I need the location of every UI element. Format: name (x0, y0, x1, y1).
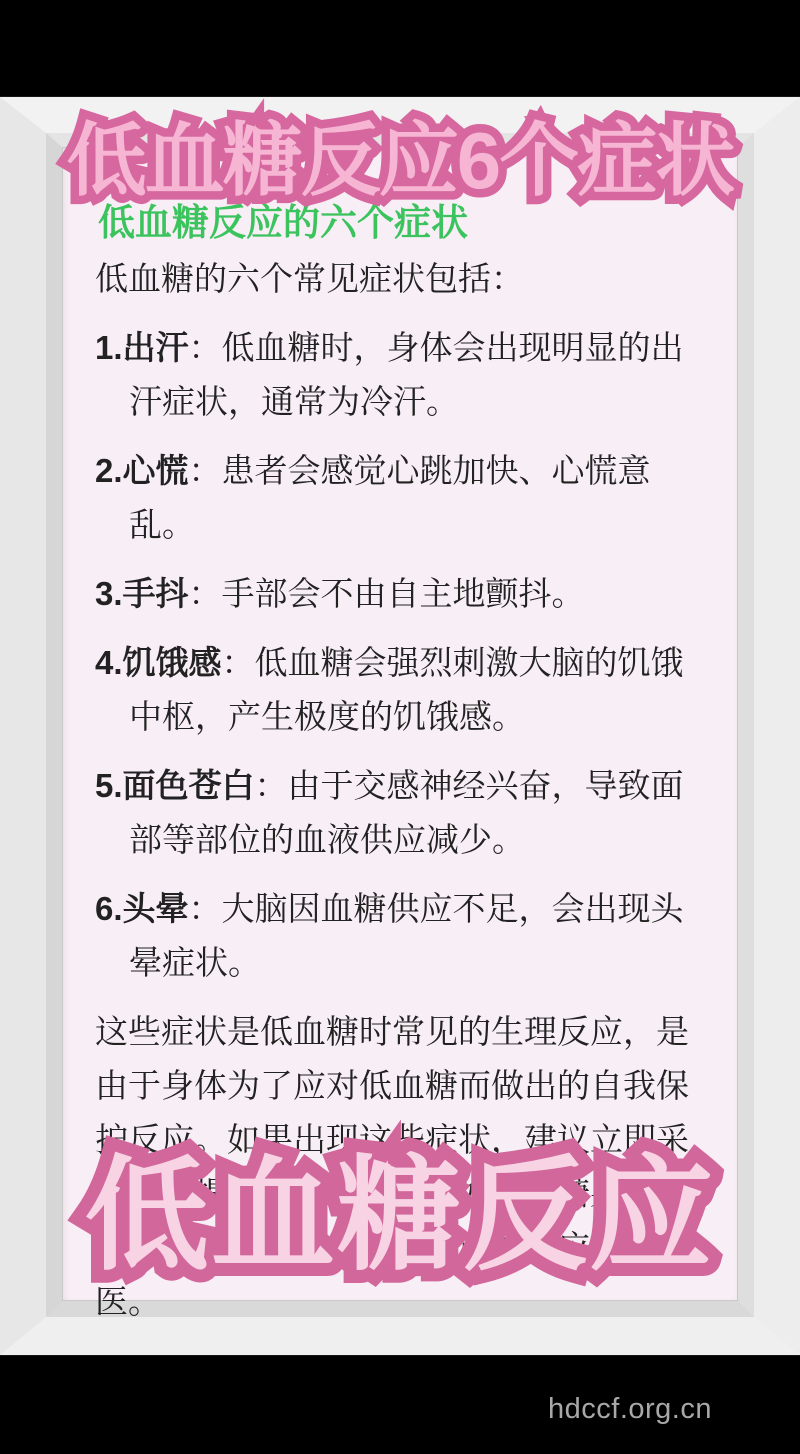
item-term: 出汗 (123, 329, 189, 366)
title-fill: 低血糖反应6个症状 (67, 96, 734, 211)
item-description: ：大脑因血糖供应不足，会出现头晕症状。 (129, 890, 684, 981)
poster-title: 低血糖反应6个症状 低血糖反应6个症状 (67, 96, 734, 211)
symptom-item-6: 6.头晕：大脑因血糖供应不足，会出现头晕症状。 (95, 882, 695, 990)
symptom-item-1: 1.出汗：低血糖时，身体会出现明显的出汗症状，通常为冷汗。 (95, 321, 695, 429)
intro-line: 低血糖的六个常见症状包括： (95, 252, 695, 306)
item-term: 面色苍白 (123, 767, 255, 804)
symptom-item-3: 3.手抖：手部会不由自主地颤抖。 (95, 567, 695, 621)
item-number: 5. (95, 767, 123, 804)
item-number: 2. (95, 452, 123, 489)
site-watermark: hdccf.org.cn (548, 1393, 712, 1426)
item-description: ：手部会不由自主地颤抖。 (189, 575, 585, 612)
item-number: 4. (95, 644, 123, 681)
item-term: 头晕 (123, 890, 189, 927)
watermark-fill: 低血糖反应 (85, 1116, 715, 1294)
item-description: ：患者会感觉心跳加快、心慌意乱。 (129, 452, 651, 543)
item-number: 6. (95, 890, 123, 927)
item-term: 饥饿感 (123, 644, 222, 681)
item-description: ：低血糖时，身体会出现明显的出汗症状，通常为冷汗。 (129, 329, 684, 420)
symptom-item-2: 2.心慌：患者会感觉心跳加快、心慌意乱。 (95, 444, 695, 552)
symptom-item-5: 5.面色苍白：由于交感神经兴奋，导致面部等部位的血液供应减少。 (95, 759, 695, 867)
pink-watermark: 低血糖反应 低血糖反应 (85, 1116, 715, 1294)
item-number: 3. (95, 575, 123, 612)
symptom-item-4: 4.饥饿感：低血糖会强烈刺激大脑的饥饿中枢，产生极度的饥饿感。 (95, 636, 695, 744)
item-term: 心慌 (123, 452, 189, 489)
item-number: 1. (95, 329, 123, 366)
item-term: 手抖 (123, 575, 189, 612)
